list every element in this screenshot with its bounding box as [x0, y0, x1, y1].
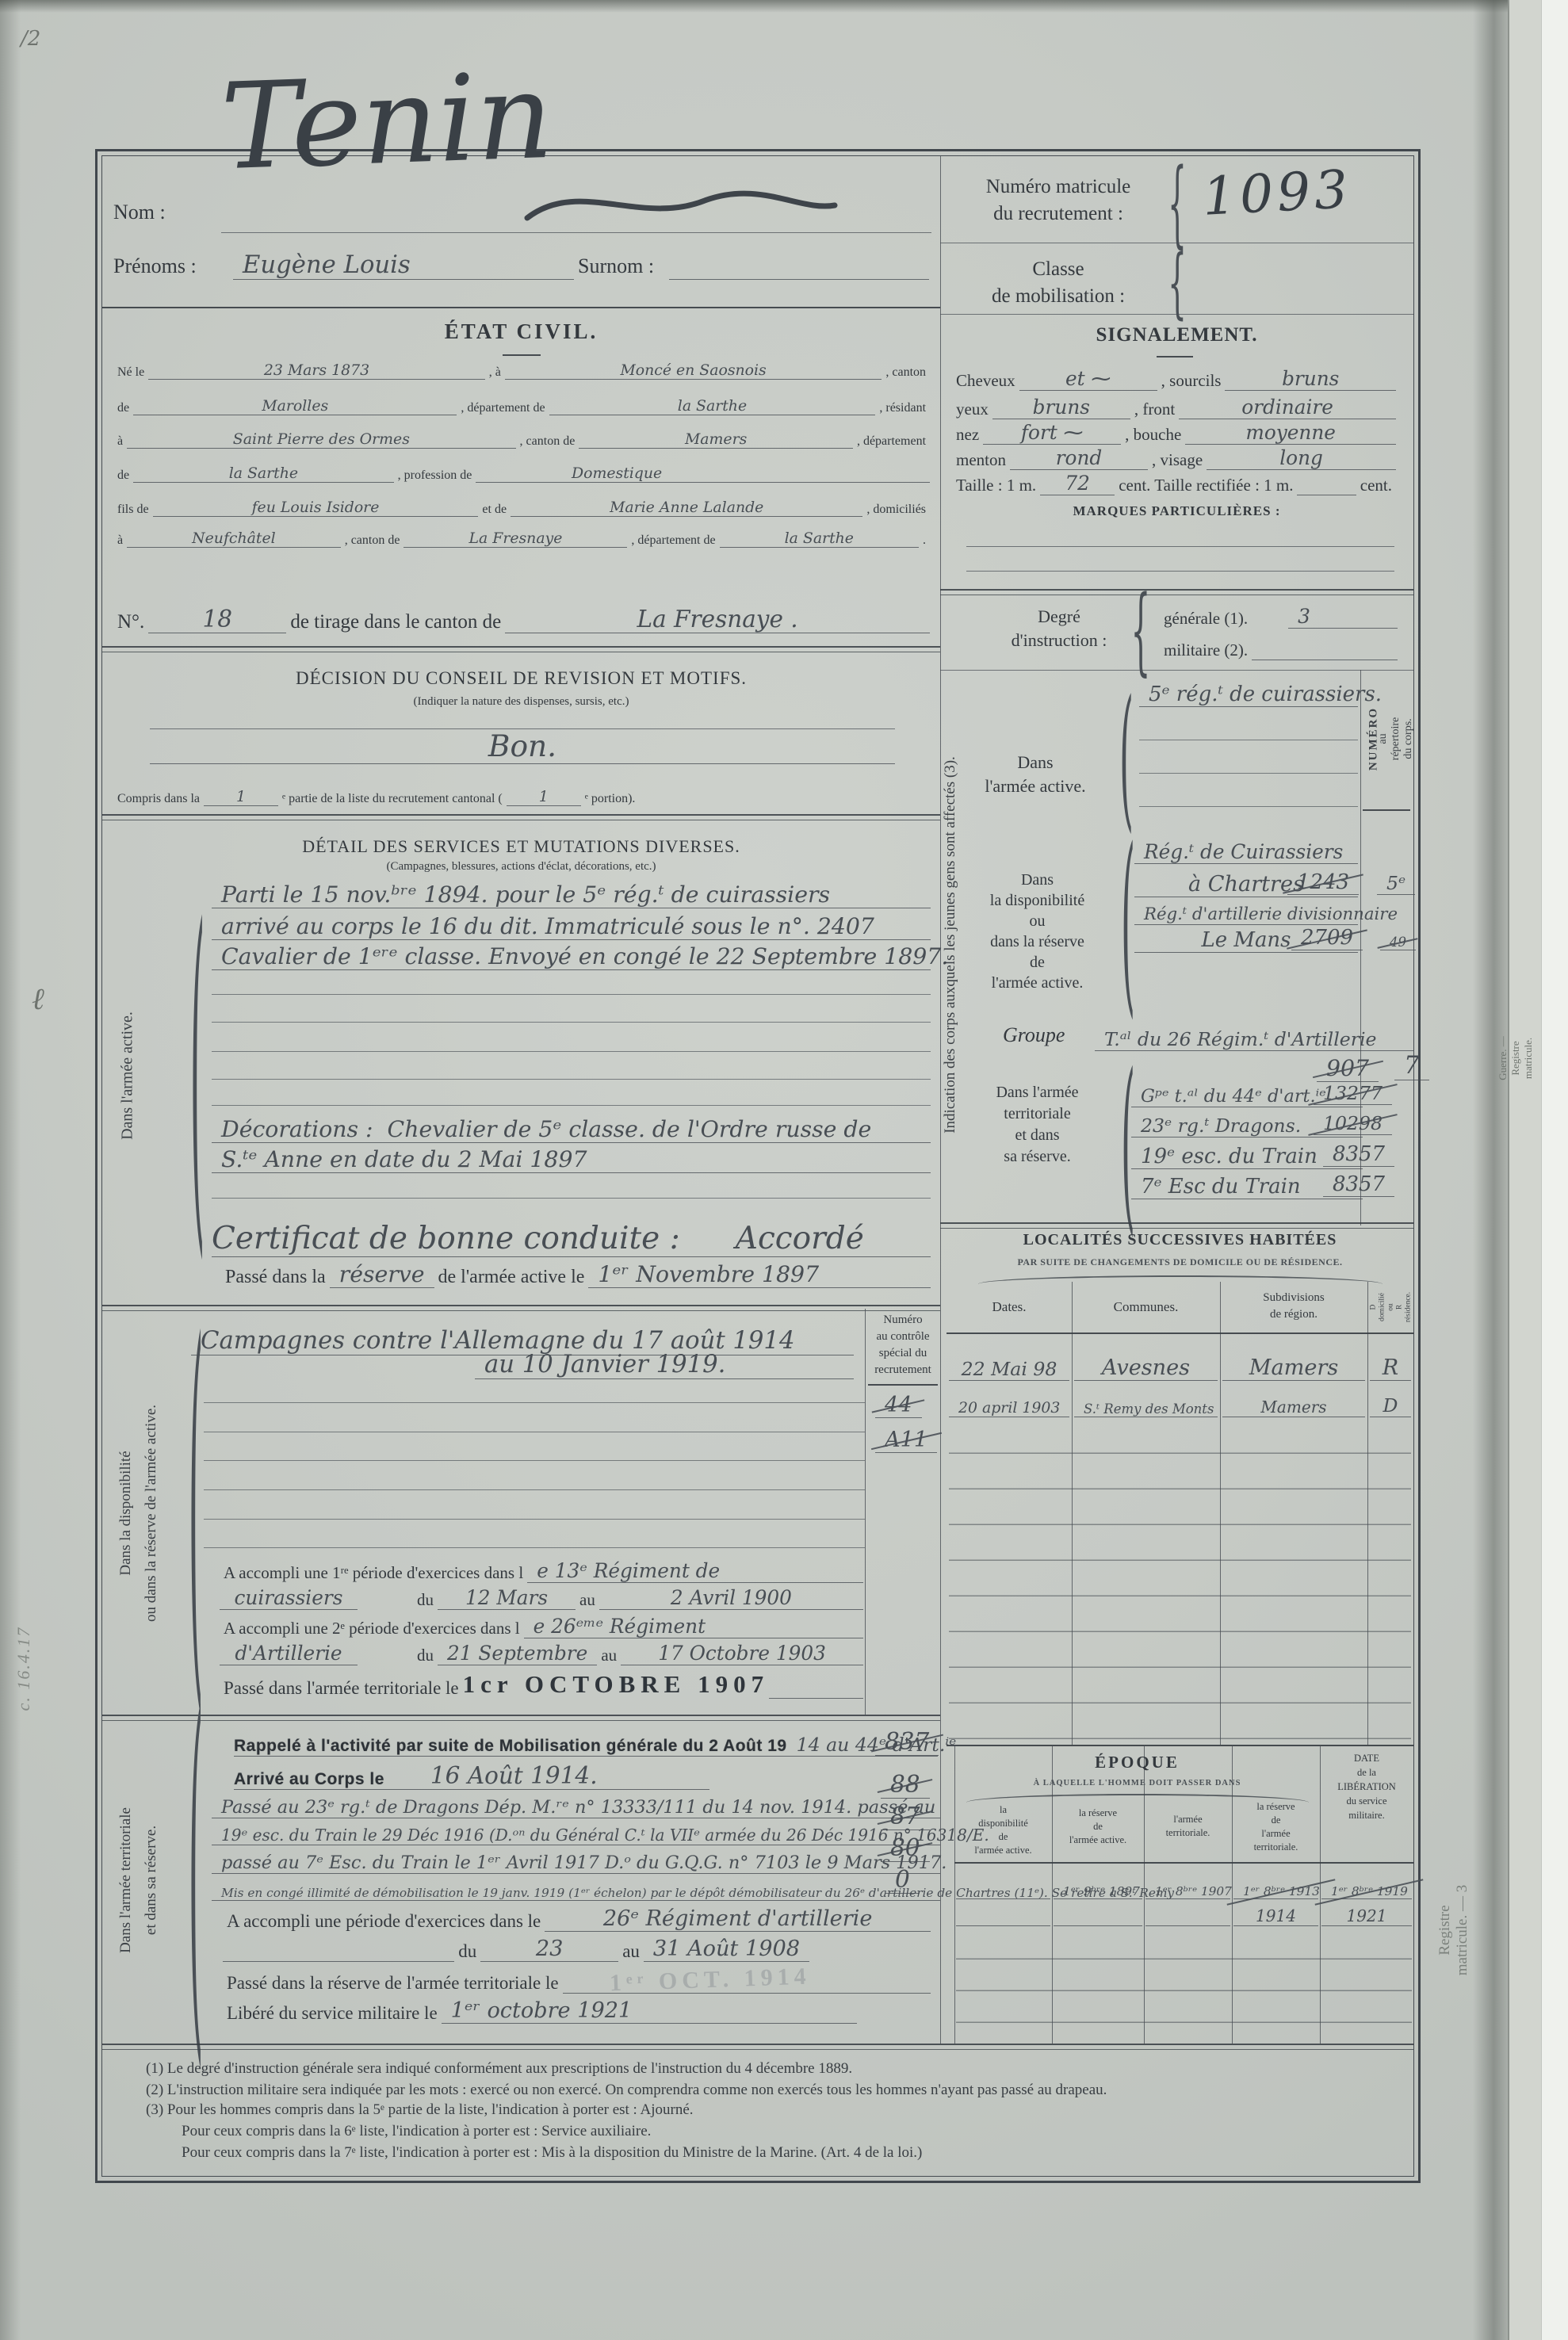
signalement-row: Cheveuxet ⁓, sourcilsbruns — [952, 364, 1396, 391]
blank-rule — [204, 1519, 865, 1520]
campagnes-margin-label-1: Dans la disponibilité — [117, 1451, 135, 1575]
controle-column-divider — [865, 1309, 866, 1715]
localites-empty-rows — [949, 1418, 1411, 1745]
compris-line: Compris dans la1ᵉ partie de la liste du … — [113, 776, 930, 806]
localites-cell: S.ᵗ Remy des Monts — [1074, 1390, 1218, 1417]
section-rule — [102, 814, 940, 820]
rappel-line-5: passé au 7ᵉ Esc. du Train le 1ᵉʳ Avril 1… — [212, 1846, 940, 1874]
rappel-line-3: Passé au 23ᵉ rg.ᵗ de Dragons Dép. M.ʳᵉ n… — [212, 1791, 940, 1818]
blank-rule — [1139, 740, 1358, 740]
margin-number: 87 — [881, 1802, 936, 1830]
prenoms-label: Prénoms : — [113, 254, 197, 278]
decision-subtitle: (Indiquer la nature des dispenses, sursi… — [102, 695, 940, 709]
main-column-divider — [940, 156, 941, 2044]
epoque-left-edge — [954, 1745, 955, 2044]
epoque-cell: 1ᵉʳ 8ᵇʳᵉ 1907 — [1145, 1867, 1230, 1899]
etat-civil-title: ÉTAT CIVIL. — [102, 319, 940, 344]
epoque-date-header: DATE de la LIBÉRATION du service militai… — [1320, 1751, 1413, 1822]
localites-header-rule — [947, 1332, 1413, 1334]
rappel-line-2: Arrivé au Corps le16 Août 1914. — [234, 1757, 709, 1790]
localites-cell: 22 Mai 98 — [949, 1350, 1069, 1381]
blank-rule — [212, 1198, 931, 1199]
footnote: (1) Le degré d'instruction générale sera… — [146, 2060, 1387, 2078]
libere-line: Libéré du service militaire le1ᵉʳ octobr… — [223, 1994, 857, 2024]
section-rule — [940, 1222, 1413, 1229]
section-rule — [102, 646, 940, 652]
edge-label-registre: Registre matricule. — 3 — [1436, 1873, 1471, 1987]
epoque-col-header: l'armée territoriale. — [1144, 1813, 1232, 1840]
repertoire-end-mark — [1363, 809, 1410, 811]
localites-title: LOCALITÉS SUCCESSIVES HABITÉES — [947, 1231, 1413, 1249]
signature-flourish — [522, 170, 839, 234]
blank-rule — [212, 1105, 931, 1106]
epoque-cell — [956, 1900, 1050, 1926]
service-entry: arrivé au corps le 16 du dit. Immatricul… — [212, 909, 931, 940]
etat-civil-line: fils defeu Louis Isidoreet deMarie Anne … — [113, 487, 930, 517]
marques-rule — [966, 571, 1394, 572]
corps-vertical-note: Indication des corps auxquels les jeunes… — [942, 756, 959, 1134]
matricule-value: 1093 — [1201, 159, 1353, 227]
epoque-col-header: la réserve de l'armée active. — [1052, 1807, 1144, 1847]
struck-number: 2709 — [1291, 924, 1375, 950]
prenoms-value: Eugène Louis — [233, 245, 574, 280]
epoque-col-header: la réserve de l'armée territoriale. — [1232, 1800, 1320, 1854]
localites-col-dates: Dates. — [947, 1299, 1072, 1315]
struck-number: 10298 — [1314, 1108, 1413, 1135]
corps-number: 8357 — [1323, 1140, 1413, 1167]
etat-civil-line: àSaint Pierre des Ormes, canton deMamers… — [113, 419, 930, 449]
armee-active-entry: 5ᵉ rég.ᵗ de cuirassiers. — [1139, 673, 1358, 707]
territoriale-label: Dans l'armée territoriale et dans sa rés… — [960, 1082, 1115, 1168]
underlying-page-edge — [1508, 0, 1543, 2340]
signalement-row: yeuxbruns, frontordinaire — [952, 392, 1396, 419]
blank-rule — [204, 1402, 865, 1403]
localites-divider-swash — [978, 1275, 1383, 1284]
scan-left-shadow — [0, 0, 21, 2340]
service-entry: Parti le 15 nov.ᵇʳᵉ 1894. pour le 5ᵉ rég… — [212, 876, 931, 908]
instruction-militaire: militaire (2). — [1160, 632, 1398, 660]
footnote-rule — [102, 2044, 1413, 2050]
footnote: Pour ceux compris dans la 6ᵉ liste, l'in… — [182, 2123, 1386, 2140]
localites-cell: Avesnes — [1074, 1350, 1218, 1381]
margin-number: 837 — [875, 1727, 939, 1756]
epoque-subtitle: À LAQUELLE L'HOMME DOIT PASSER DANS — [954, 1779, 1320, 1787]
section-rule — [940, 589, 1413, 595]
localites-col-communes: Communes. — [1072, 1299, 1220, 1315]
etat-civil-line: deMarolles, département dela Sarthe, rés… — [113, 385, 930, 415]
scanned-register-page: ∕2 ℓ c. 16.4.17 Guerre. — Registre matri… — [0, 0, 1568, 2340]
signalement-dash — [1157, 356, 1193, 357]
epoque-top-rule — [947, 1745, 1413, 1746]
decision-value: Bon. — [150, 730, 895, 764]
groupe-entry: T.ᵃˡ du 26 Régim.ᵗ d'Artillerie — [1095, 1019, 1413, 1051]
certificat-line: Certificat de bonne conduite :Accordé — [212, 1215, 931, 1257]
rappel-margin-label-1: Dans l'armée territoriale — [117, 1807, 135, 1953]
rappel-line-1: Rappelé à l'activité par suite de Mobili… — [234, 1726, 938, 1757]
rappel-brace-icon: ( — [189, 1678, 204, 2078]
disponibilite-brace-icon: ( — [1121, 825, 1135, 1022]
rappel-margin-label-2: et dans sa réserve. — [143, 1826, 160, 1935]
rappel-periode-line: A accompli une période d'exercices dans … — [223, 1902, 931, 1932]
section-rule — [102, 1715, 940, 1721]
periode1-line-2: cuirassiersdu12 Marsau2 Avril 1900 — [220, 1581, 863, 1610]
epoque-cell — [956, 1867, 1050, 1899]
etat-civil-line: dela Sarthe, profession deDomestique — [113, 453, 930, 483]
classe-label: Classe de mobilisation : — [952, 256, 1165, 310]
blank-rule — [212, 994, 931, 995]
blank-rule — [212, 1022, 931, 1023]
blank-rule — [212, 1079, 931, 1080]
surnom-value-blank — [669, 245, 929, 280]
decorations-line: S.ᵗᵉ Anne en date du 2 Mai 1897 — [212, 1144, 931, 1173]
rappel-periode-dates: du23au31 Août 1908 — [223, 1932, 809, 1962]
rappel-line-6: Mis en congé illimité de démobilisation … — [212, 1876, 940, 1901]
services-brace-icon: ( — [190, 891, 205, 1268]
epoque-cell — [1054, 1900, 1142, 1926]
signalement-title: SIGNALEMENT. — [940, 324, 1413, 346]
footnote: (3) Pour les hommes compris dans la 5ᵉ p… — [146, 2101, 1387, 2119]
groupe-label: Groupe — [1003, 1023, 1065, 1047]
margin-number: 80 — [881, 1833, 936, 1862]
epoque-col-header: la disponibilité de l'armée active. — [954, 1803, 1052, 1857]
tirage-line: N°.18de tirage dans le canton deLa Fresn… — [113, 597, 930, 633]
localites-cell: 20 april 1903 — [949, 1390, 1069, 1417]
blank-rule — [204, 1489, 865, 1490]
edge-label-guerre: Guerre. — Registre matricule. — [1497, 1032, 1535, 1084]
instruction-label: Degré d'instruction : — [989, 605, 1130, 652]
periode2-line: A accompli une 2ᵉ période d'exercices da… — [220, 1610, 863, 1638]
passe-reserve-line: Passé dans laréservede l'armée active le… — [221, 1258, 931, 1288]
instruction-generale: générale (1).3 — [1160, 600, 1398, 629]
localites-col-dr: D domicilié ou R résidence. — [1370, 1292, 1413, 1322]
epoque-empty-rows — [956, 1928, 1412, 2041]
signalement-row: mentonrond, visagelong — [952, 443, 1396, 470]
signalement-row: nezfort ⁓, bouchemoyenne — [952, 418, 1396, 445]
epoque-title: ÉPOQUE — [954, 1753, 1320, 1772]
epoque-cell: 1914 — [1233, 1900, 1318, 1926]
nom-rule — [221, 232, 931, 233]
marques-label: MARQUES PARTICULIÈRES : — [940, 503, 1413, 519]
controle-column-header: Numéro au contrôle spécial du recrutemen… — [866, 1312, 939, 1378]
classe-rule — [940, 314, 1413, 315]
services-title: DÉTAIL DES SERVICES ET MUTATIONS DIVERSE… — [102, 836, 940, 857]
localites-subtitle: PAR SUITE DE CHANGEMENTS DE DOMICILE OU … — [947, 1256, 1413, 1268]
struck-number: 1243 — [1287, 868, 1371, 895]
matricule-brace-icon: { — [1168, 159, 1187, 253]
struck-number: 13277 — [1314, 1078, 1413, 1105]
campagne-line-2: au 10 Janvier 1919. — [475, 1347, 854, 1379]
blank-rule — [204, 1432, 865, 1432]
margin-number: 0 — [885, 1865, 933, 1894]
marques-rule — [966, 546, 1394, 547]
classe-brace-icon: { — [1168, 247, 1187, 323]
passe-territoriale-line: Passé dans l'armée territoriale le1cr OC… — [220, 1662, 863, 1699]
epoque-cell: 1ᵉʳ 8ᵇʳᵉ 1913 — [1233, 1867, 1318, 1899]
footnote: (2) L'instruction militaire sera indiqué… — [146, 2082, 1387, 2099]
surnom-label: Surnom : — [578, 254, 654, 278]
blank-rule — [1139, 806, 1358, 807]
blank-rule — [212, 1051, 931, 1052]
services-subtitle: (Campagnes, blessures, actions d'éclat, … — [102, 860, 940, 874]
disponibilite-entry: Rég.ᵗ de Cuirassiers — [1134, 836, 1358, 864]
margin-mark-top-left: ∕2 — [21, 27, 40, 51]
epoque-cell — [1145, 1900, 1230, 1926]
struck-number: 49 — [1380, 926, 1428, 950]
rappel-line-4: 19ᵉ esc. du Train le 29 Déc 1916 (D.ᵒⁿ d… — [212, 1819, 940, 1845]
services-margin-label: Dans l'armée active. — [119, 1011, 137, 1140]
section-rule — [102, 1305, 940, 1311]
localites-col-subdiv: Subdivisions de région. — [1220, 1290, 1367, 1323]
service-entry: Cavalier de 1ᵉʳᵉ classe. Envoyé en congé… — [212, 939, 931, 970]
blank-rule — [204, 1547, 865, 1548]
corps-number: 8357 — [1323, 1170, 1413, 1197]
header-bottom-rule — [102, 307, 940, 308]
section-rule — [940, 670, 1413, 671]
localites-cell: Mamers — [1222, 1350, 1365, 1381]
page-stack-edge — [1541, 0, 1568, 2340]
form-frame: Nom : Tenin Prénoms : Eugène Louis Surno… — [101, 155, 1414, 2177]
instruction-brace-icon: { — [1131, 583, 1151, 678]
localites-cell: R — [1370, 1350, 1411, 1381]
controle-number: 44 — [875, 1388, 932, 1418]
corps-number: 5ᵉ — [1377, 868, 1425, 895]
name-signature: Tenin — [219, 48, 555, 197]
nom-label: Nom : — [113, 201, 166, 224]
decision-title: DÉCISION DU CONSEIL DE REVISION ET MOTIF… — [102, 668, 940, 689]
matricule-label: Numéro matricule du recrutement : — [952, 174, 1165, 227]
disponibilite-entry: Rég.ᵗ d'artillerie divisionnaire — [1134, 898, 1358, 925]
margin-pencil-note: c. 16.4.17 — [13, 1627, 34, 1711]
periode2-line-2: d'Artilleriedu21 Septembreau17 Octobre 1… — [220, 1637, 863, 1665]
margin-mark-left: ℓ — [32, 981, 44, 1017]
controle-header-rule — [868, 1384, 938, 1386]
localites-cell: D — [1370, 1390, 1411, 1417]
repertoire-label-2: au répertoire du corps. — [1377, 717, 1415, 760]
etat-civil-line: àNeufchâtel, canton deLa Fresnaye, dépar… — [113, 518, 930, 548]
epoque-cell: 1921 — [1321, 1900, 1412, 1926]
controle-number: A11 — [875, 1423, 932, 1453]
epoque-cell: 1ᵉʳ 8ᵇʳᵉ 1919 — [1321, 1867, 1412, 1899]
corps-number: 7 — [1394, 1052, 1426, 1080]
blank-rule — [1139, 773, 1358, 774]
decorations-line: Décorations : Chevalier de 5ᵉ classe. de… — [212, 1112, 931, 1143]
disponibilite-label: Dans la disponibilité ou dans la réserve… — [960, 870, 1115, 993]
etat-civil-line: Né le23 Mars 1873, àMoncé en Saosnois, c… — [113, 350, 930, 380]
epoque-cell: 1ᵉʳ 9ᵇʳᵉ 1897 — [1054, 1867, 1142, 1899]
page-binding-seam — [1473, 0, 1508, 2340]
campagnes-margin-label-2: ou dans la réserve de l'armée active. — [143, 1405, 160, 1622]
scan-top-shadow — [0, 0, 1568, 13]
periode1-line: A accompli une 1ʳᵉ période d'exercices d… — [220, 1554, 863, 1583]
armee-active-label: Dans l'armée active. — [960, 751, 1111, 798]
reserve-territoriale-line: Passé dans la réserve de l'armée territo… — [223, 1963, 931, 1994]
margin-number: 88 — [881, 1770, 936, 1799]
epoque-header-rule — [954, 1862, 1413, 1864]
taille-row: Taille : 1 m.72cent. Taille rectifiée : … — [952, 468, 1396, 495]
footnote: Pour ceux compris dans la 7ᵉ liste, l'in… — [182, 2144, 1386, 2162]
blank-rule — [204, 1460, 865, 1461]
localites-cell: Mamers — [1222, 1390, 1365, 1417]
